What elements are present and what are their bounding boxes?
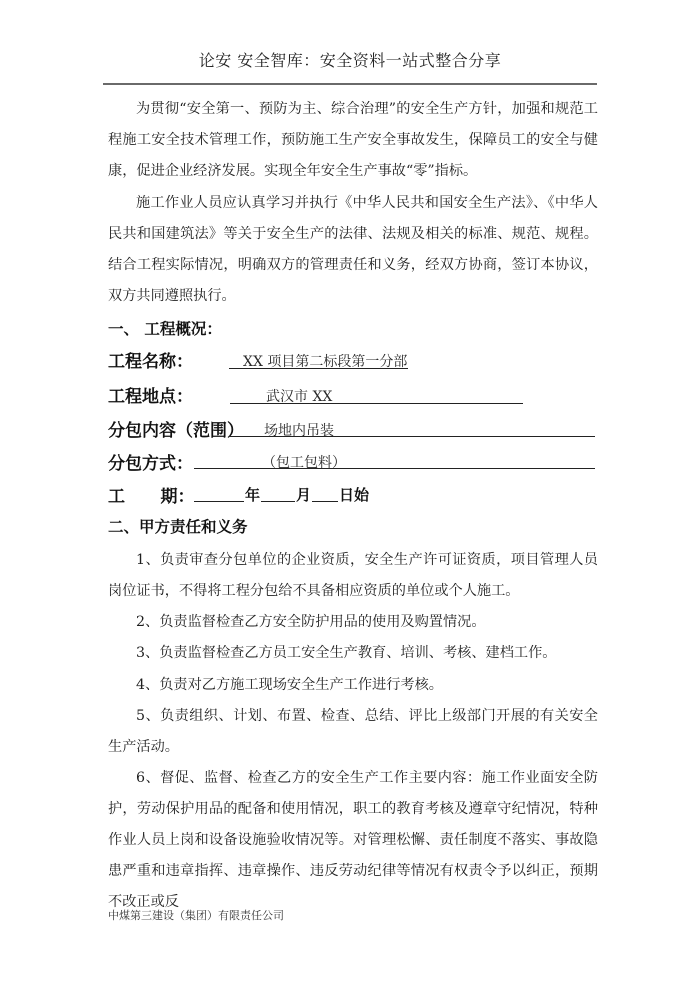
field-subcontract-method-line — [194, 468, 595, 469]
period-day-start-label: 日始 — [339, 484, 369, 505]
field-period-label: 工 期： — [108, 482, 195, 507]
field-project-name-value: XX 项目第二标段第一分部 — [243, 351, 407, 371]
field-subcontract-method-label: 分包方式： — [108, 449, 193, 474]
section-2-heading: 二、甲方责任和义务 — [108, 515, 248, 537]
period-year-label: 年 — [245, 484, 260, 505]
header-rule — [103, 83, 597, 85]
field-project-location-value: 武汉市 XX — [266, 386, 332, 406]
field-project-name-label: 工程名称： — [108, 347, 193, 372]
intro-paragraph-2: 施工作业人员应认真学习并执行《中华人民共和国安全生产法》、《中华人民共和国建筑法… — [108, 188, 598, 312]
duty-item-4: 4、负责对乙方施工现场安全生产工作进行考核。 — [108, 670, 598, 701]
intro-paragraph-1: 为贯彻“安全第一、预防为主、综合治理”的安全生产方针，加强和规范工程施工安全技术… — [108, 94, 598, 187]
period-year-line — [194, 501, 244, 502]
field-subcontract-method-value: （包工包料） — [262, 452, 346, 472]
duty-item-1: 1、负责审查分包单位的企业资质，安全生产许可证资质，项目管理人员岗位证书，不得将… — [108, 545, 598, 607]
duty-item-2: 2、负责监督检查乙方安全防护用品的使用及购置情况。 — [108, 607, 598, 638]
duty-item-6: 6、督促、监督、检查乙方的安全生产工作主要内容：施工作业面安全防护，劳动保护用品… — [108, 763, 598, 918]
duty-item-5: 5、负责组织、计划、布置、检查、总结、评比上级部门开展的有关安全生产活动。 — [108, 701, 598, 763]
field-subcontract-scope-label: 分包内容（范围） — [108, 416, 244, 441]
field-project-location-label: 工程地点： — [108, 382, 193, 407]
field-subcontract-scope-value: 场地内吊装 — [264, 420, 334, 440]
duty-item-3: 3、负责监督检查乙方员工安全生产教育、培训、考核、建档工作。 — [108, 638, 598, 669]
footer-company-name: 中煤第三建设（集团）有限责任公司 — [108, 907, 284, 923]
period-month-label: 月 — [296, 484, 311, 505]
page-header-title: 论安 安全智库：安全资料一站式整合分享 — [103, 48, 597, 71]
period-month-line — [261, 501, 295, 502]
period-day-line — [312, 501, 338, 502]
section-1-heading: 一、 工程概况： — [108, 317, 222, 339]
